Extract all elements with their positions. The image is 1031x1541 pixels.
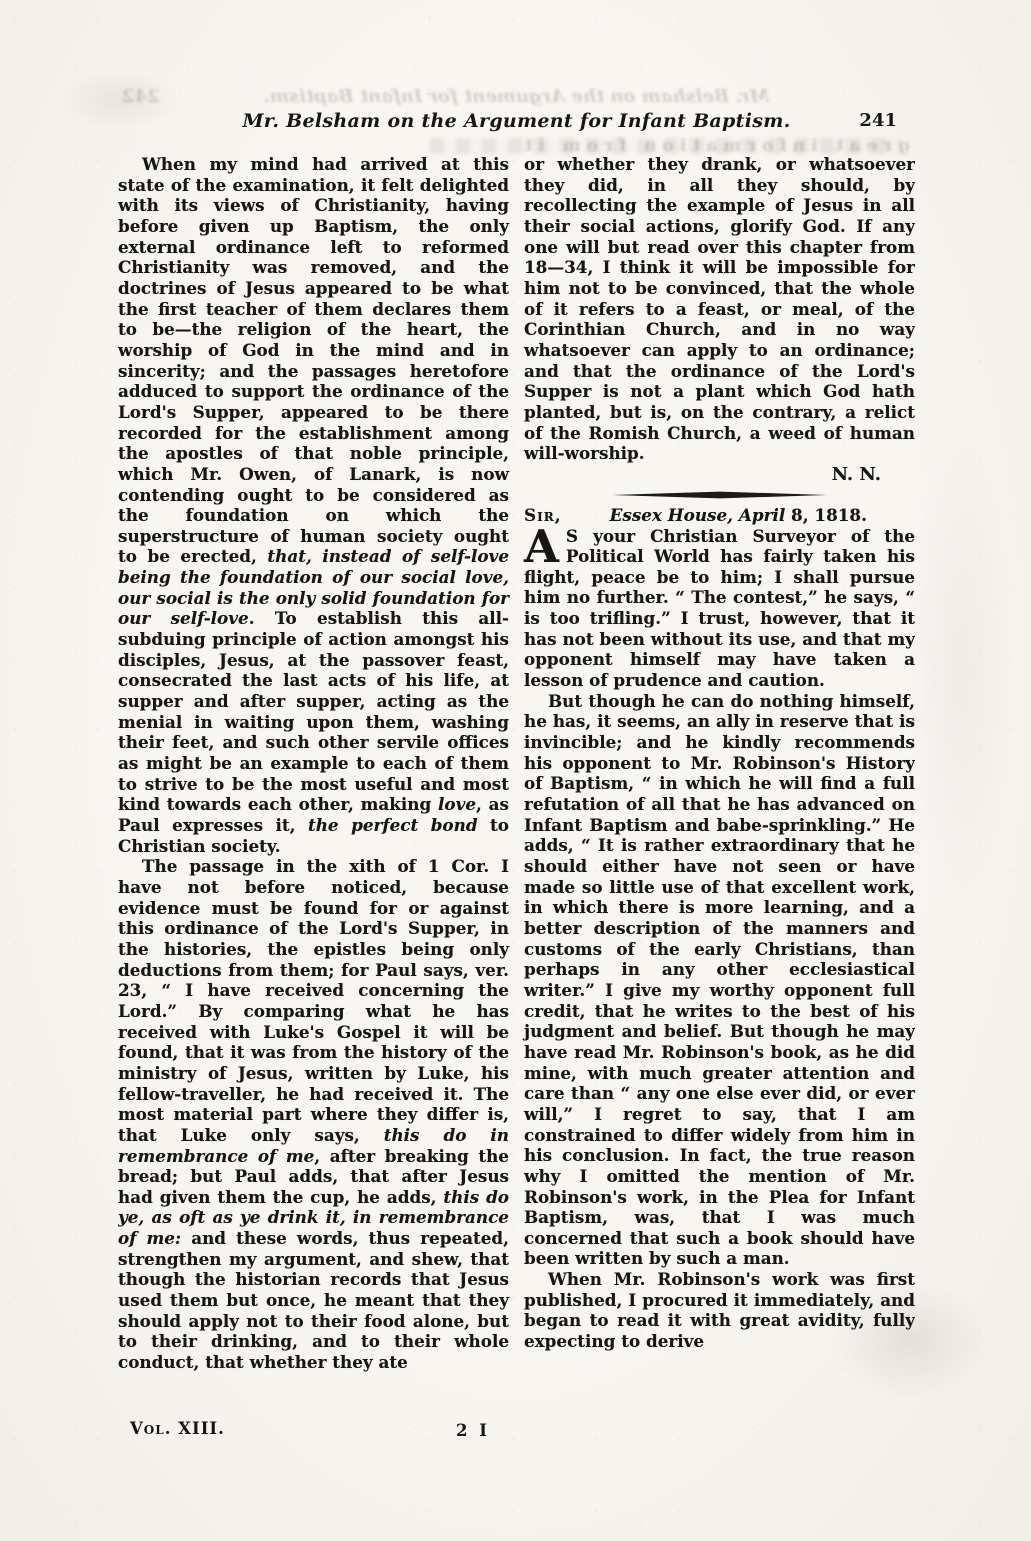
letter-opening-text: S your Christian Surveyor of the Politic… xyxy=(524,526,915,691)
paragraph: When my mind had arrived at this state o… xyxy=(118,154,509,856)
text-segment: When Mr. Robinson's work was first publi… xyxy=(524,1269,915,1351)
author-signature: N. N. xyxy=(524,464,915,485)
text-segment: or whether they drank, or whatsoever the… xyxy=(524,154,915,463)
paragraph: or whether they drank, or whatsoever the… xyxy=(524,154,915,464)
right-column-top: or whether they drank, or whatsoever the… xyxy=(524,154,915,464)
paragraph: But though he can do nothing himself, he… xyxy=(524,691,915,1269)
text-segment: The passage in the xith of 1 Cor. I have… xyxy=(118,856,509,1145)
paragraph: The passage in the xith of 1 Cor. I have… xyxy=(118,856,509,1372)
dateline-place: Essex House, April xyxy=(610,505,786,525)
page-header: Mr. Belsham on the Argument for Infant B… xyxy=(118,109,915,135)
page-number: 241 xyxy=(859,110,897,131)
scanned-page: Mr. Belsham on the Argument for Infant B… xyxy=(0,0,1031,1541)
bleed-through-title-text: Mr. Belsham on the Argument for Infant B… xyxy=(264,86,770,107)
running-title: Mr. Belsham on the Argument for Infant B… xyxy=(118,109,915,133)
letter-opening-paragraph: AS your Christian Surveyor of the Politi… xyxy=(524,526,915,691)
bleed-through-title: Mr. Belsham on the Argument for Infant B… xyxy=(118,86,915,107)
paragraph: When Mr. Robinson's work was first publi… xyxy=(524,1269,915,1352)
text-segment: But though he can do nothing himself, he… xyxy=(524,691,915,1269)
signature-mark: 2 I xyxy=(456,1421,490,1440)
left-column: When my mind had arrived at this state o… xyxy=(118,154,509,1416)
dateline-date: 8, 1818. xyxy=(785,505,867,525)
text-segment: . To establish this all-subduing princip… xyxy=(118,608,509,814)
drop-cap: A xyxy=(524,526,566,564)
bleed-through-line: great information from it xyxy=(150,136,910,156)
text-columns: When my mind had arrived at this state o… xyxy=(118,154,915,1416)
right-column: or whether they drank, or whatsoever the… xyxy=(524,154,915,1416)
bleed-through-page-number: 242 xyxy=(122,86,160,107)
text-segment: love xyxy=(438,794,476,814)
volume-label: Vol. XIII. xyxy=(130,1419,225,1438)
text-segment: the perfect bond xyxy=(308,815,478,835)
section-divider xyxy=(524,485,915,505)
scan-blotch xyxy=(905,420,1015,920)
letter-heading: Sir, Essex House, April 8, 1818. xyxy=(524,505,915,526)
text-segment: When my mind had arrived at this state o… xyxy=(118,154,509,566)
letter-body: But though he can do nothing himself, he… xyxy=(524,691,915,1352)
letter-salutation: Sir, xyxy=(524,505,562,526)
diamond-rule-icon xyxy=(612,491,827,499)
letter-dateline: Essex House, April 8, 1818. xyxy=(562,505,915,526)
page-footer: Vol. XIII. 2 I xyxy=(118,1419,915,1443)
text-segment: and these words, thus repeated, strength… xyxy=(118,1228,509,1372)
